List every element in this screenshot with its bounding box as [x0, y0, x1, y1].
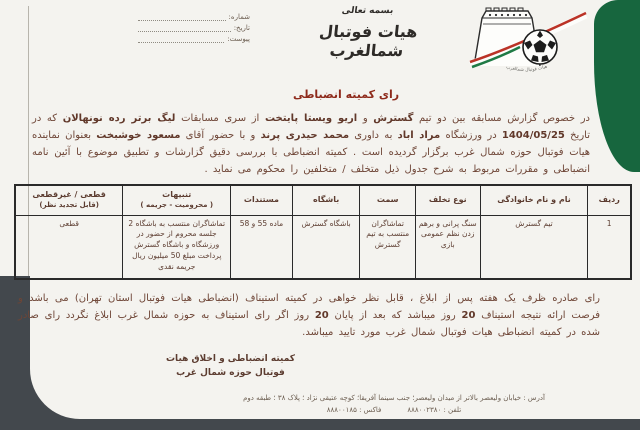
date-blank: [138, 25, 231, 32]
table-row: 1 تیم گسترش سنگ پرانی و برهم زدن نظم عمو…: [15, 215, 631, 279]
cell-penalties: تماشاگران منتسب به باشگاه 2 جلسه محروم ا…: [123, 215, 231, 279]
footer: آدرس : خیابان ولیعصر بالاتر از میدان ولی…: [180, 393, 608, 417]
signature-line-2: فوتبال حوزه شمال غرب: [128, 366, 333, 380]
letterhead-meta: شماره: تاریخ: پیوست:: [138, 13, 250, 46]
cell-violation-type: سنگ پرانی و برهم زدن نظم عمومی بازی: [415, 215, 480, 279]
col-header-documentation: مستندات: [231, 185, 293, 215]
cell-row-number: 1: [588, 215, 631, 279]
intro-paragraph: در خصوص گزارش مسابقه بین دو تیم گسترش و …: [32, 110, 590, 178]
org-title: هیات فوتبال شمالغرب: [283, 22, 452, 60]
attachment-row: پیوست:: [138, 35, 250, 43]
col-header-penalties: تنبیهات( محرومیت - جریمه ): [123, 185, 231, 215]
attachment-label: پیوست:: [227, 35, 250, 43]
scanner-background-bottom: [0, 419, 640, 430]
cell-documentation: ماده 55 و 58: [231, 215, 293, 279]
signature-line-1: کمیته انضباطی و اخلاق هیات: [128, 352, 333, 366]
col-header-finality: قطعی / غیرقطعی(قابل تجدید نظر): [15, 185, 123, 215]
date-label: تاریخ:: [234, 24, 250, 32]
federation-logo: هیات فوتبال شمالغرب: [436, 2, 588, 76]
footer-phone: تلفن : ۸۸۸۰۰۲۳۸۰: [407, 406, 461, 414]
footer-contact: تلفن : ۸۸۸۰۰۲۳۸۰فاکس : ۸۸۸۰۰۱۸۵: [180, 405, 608, 417]
verdict-table: ردیف نام و نام خانوادگی نوع تخلف سمت باش…: [14, 184, 632, 280]
scanned-document: { "meta": { "number_label": "شماره:", "d…: [0, 0, 640, 430]
ref-number-label: شماره:: [229, 13, 250, 21]
ref-number-row: شماره:: [138, 13, 250, 21]
appeal-paragraph: رای صادره ظرف یک هفته پس از ابلاغ ، قابل…: [18, 290, 600, 341]
attachment-blank: [138, 36, 224, 43]
cell-name: تیم گسترش: [480, 215, 588, 279]
col-header-role: سمت: [360, 185, 415, 215]
footer-fax: فاکس : ۸۸۸۰۰۱۸۵: [327, 406, 382, 414]
signature-block: کمیته انضباطی و اخلاق هیات فوتبال حوزه ش…: [128, 352, 333, 381]
cell-finality: قطعی: [15, 215, 123, 279]
doc-title: رای کمیته انضباطی: [102, 88, 590, 101]
col-header-name: نام و نام خانوادگی: [480, 185, 588, 215]
football-icon: [523, 30, 557, 64]
footer-address: آدرس : خیابان ولیعصر بالاتر از میدان ولی…: [180, 393, 608, 405]
cell-club: باشگاه گسترش: [292, 215, 360, 279]
col-header-violation-type: نوع تخلف: [415, 185, 480, 215]
ref-number-blank: [138, 14, 226, 21]
col-header-club: باشگاه: [292, 185, 360, 215]
col-header-row-number: ردیف: [588, 185, 631, 215]
letterhead-center: بسمه تعالی هیات فوتبال شمالغرب: [285, 6, 450, 60]
date-row: تاریخ:: [138, 24, 250, 32]
green-edge-band: [594, 0, 640, 172]
bismillah-text: بسمه تعالی: [284, 6, 450, 16]
table-header-row: ردیف نام و نام خانوادگی نوع تخلف سمت باش…: [15, 185, 631, 215]
cell-role: تماشاگران منتسب به تیم گسترش: [360, 215, 415, 279]
document-body: رای کمیته انضباطی در خصوص گزارش مسابقه ب…: [32, 88, 590, 341]
